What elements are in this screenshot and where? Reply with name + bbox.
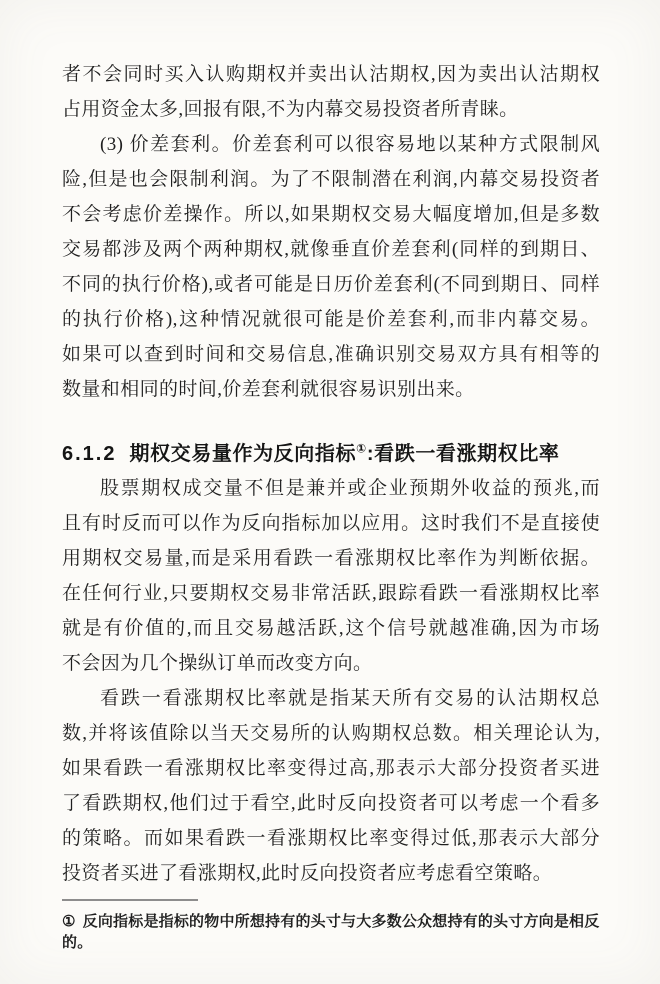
text-line: 不会因为几个操纵订单而改变方向。 [62, 646, 600, 681]
text-line: 在任何行业,只要期权交易非常活跃,跟踪看跌一看涨期权比率 [62, 576, 600, 611]
text-line: 了看跌期权,他们过于看空,此时反向投资者可以考虑一个看多 [62, 786, 600, 821]
footnote-reference-icon: ① [356, 441, 367, 455]
paragraph-put-call-ratio: 看跌一看涨期权比率就是指某天所有交易的认沽期权总 数,并将该值除以当天交易所的认… [62, 681, 600, 891]
text-line: 数量和相同的时间,价差套利就很容易识别出来。 [62, 372, 600, 407]
paragraph-put-call-intro: 股票期权成交量不但是兼并或企业预期外收益的预兆,而 且有时反而可以作为反向指标加… [62, 471, 600, 681]
section-title-rest: :看跌一看涨期权比率 [367, 443, 560, 465]
text-line: 不会考虑价差操作。所以,如果期权交易大幅度增加,但是多数 [62, 197, 600, 232]
text-line: 险,但是也会限制利润。为了不限制潜在利润,内幕交易投资者 [62, 162, 600, 197]
text-line: 看跌一看涨期权比率就是指某天所有交易的认沽期权总 [62, 681, 600, 716]
text-line: 交易都涉及两个两种期权,就像垂直价差套利(同样的到期日、 [62, 232, 600, 267]
text-line: 占用资金太多,回报有限,不为内幕交易投资者所青睐。 [62, 92, 600, 127]
text-line: 者不会同时买入认购期权并卖出认沽期权,因为卖出认沽期权 [62, 57, 600, 92]
footnote-divider [62, 899, 198, 901]
text-line: 股票期权成交量不但是兼并或企业预期外收益的预兆,而 [62, 471, 600, 506]
text-line: 如果可以查到时间和交易信息,准确识别交易双方具有相等的 [62, 337, 600, 372]
text-line: 投资者买进了看涨期权,此时反向投资者应考虑看空策略。 [62, 856, 600, 891]
text-line: 用期权交易量,而是采用看跌一看涨期权比率作为判断依据。 [62, 541, 600, 576]
text-line: 且有时反而可以作为反向指标加以应用。这时我们不是直接使 [62, 506, 600, 541]
text-line: 就是有价值的,而且交易越活跃,这个信号就越准确,因为市场 [62, 611, 600, 646]
paragraph-continuation: 者不会同时买入认购期权并卖出认沽期权,因为卖出认沽期权 占用资金太多,回报有限,… [62, 57, 600, 127]
section-number: 6.1.2 [62, 443, 116, 465]
text-line: 的策略。而如果看跌一看涨期权比率变得过低,那表示大部分 [62, 821, 600, 856]
section-title: 期权交易量作为反向指标 [129, 443, 356, 465]
page-body: 者不会同时买入认购期权并卖出认沽期权,因为卖出认沽期权 占用资金太多,回报有限,… [0, 0, 660, 891]
section-heading: 6.1.2期权交易量作为反向指标①:看跌一看涨期权比率 [62, 437, 600, 471]
book-page: 者不会同时买入认购期权并卖出认沽期权,因为卖出认沽期权 占用资金太多,回报有限,… [0, 0, 660, 984]
footnote-text: ①反向指标是指标的物中所想持有的头寸与大多数公众想持有的头寸方向是相反的。 [62, 912, 614, 954]
text-line: 数,并将该值除以当天交易所的认购期权总数。相关理论认为, [62, 716, 600, 751]
footnote: ①反向指标是指标的物中所想持有的头寸与大多数公众想持有的头寸方向是相反的。 [62, 899, 614, 954]
text-line: 不同的执行价格),或者可能是日历价差套利(不同到期日、同样 [62, 267, 600, 302]
footnote-marker: ① [62, 914, 76, 930]
footnote-body: 反向指标是指标的物中所想持有的头寸与大多数公众想持有的头寸方向是相反的。 [62, 914, 599, 951]
text-line: (3) 价差套利。价差套利可以很容易地以某种方式限制风 [62, 127, 600, 162]
paragraph-spread-arbitrage: (3) 价差套利。价差套利可以很容易地以某种方式限制风 险,但是也会限制利润。为… [62, 127, 600, 407]
text-line: 如果看跌一看涨期权比率变得过高,那表示大部分投资者买进 [62, 751, 600, 786]
text-line: 的执行价格),这种情况就很可能是价差套利,而非内幕交易。 [62, 302, 600, 337]
